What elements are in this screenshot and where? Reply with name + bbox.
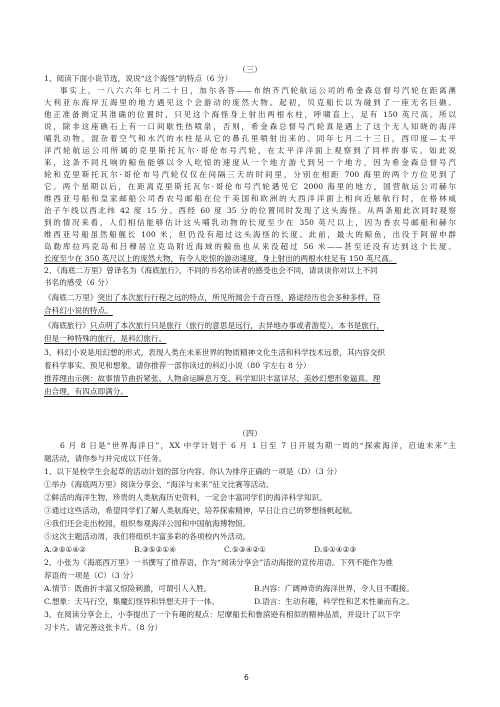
answer-text: 只点明了本次旅行只是旅行（旅行的意思是远行，去异地办事或者游览）。本书是旅行， bbox=[90, 321, 384, 330]
passage-line: 洋汽轮航运公司所属的克里斯托瓦尔·哥伦布号汽轮，在太平洋洋面上观察到了同样的事实… bbox=[44, 145, 456, 157]
s3-q2-answer-1-cont: 合科幻小说的特点。 bbox=[44, 305, 456, 317]
s4-q1-prompt: 1、以下是校学生会起草的活动计划的部分内容。你认为排序正确的一项是（D）（3 分… bbox=[44, 466, 456, 478]
passage-line: 事实上，一八六六年七月二十日，加尔各答——布纳齐汽轮航运公司的希金森总督号汽轮在… bbox=[44, 85, 456, 97]
section-4-title: （四） bbox=[44, 428, 456, 439]
page-number: 6 bbox=[244, 673, 249, 682]
s3-q3-prompt-1: 3、科幻小说是用幻想的形式，表现人类在未来世界的物质精神文化生活和科学技术远景，… bbox=[44, 347, 456, 359]
option-d: D.语言：生动有趣，科学性和艺术性兼而有之。 bbox=[254, 596, 414, 608]
s4-intro-2: 题活动，请你参与并完成以下任务。 bbox=[44, 453, 456, 465]
s4-q1-options: A.③⑤①④②B.③⑤②①④C.⑤③④②①D.⑤①④②③ bbox=[44, 544, 456, 556]
s3-q2-answer-1: 《海底二万里》突出了本次旅行行程之远的特点，所见所闻会千奇百怪，路途经历也会多种… bbox=[44, 292, 456, 304]
s4-intro-1: 6 月 8 日是“世界海洋日”，XX 中学计划于 6 月 1 日至 7 日开展为… bbox=[44, 440, 456, 452]
passage-line: 他正准备测定其准确的位置时，只见这个海怪身上射出两根水柱，呼啸直上，足有 150… bbox=[44, 109, 456, 121]
s4-q2-prompt-2: 荐语的一项是（C）（3 分） bbox=[44, 570, 456, 582]
s4-q3-prompt-1: 3、在阅读分享会上，小李提出了一个有趣的观点：尼摩船长和鲁滨逊有相似的精神品质，… bbox=[44, 609, 456, 621]
s4-q1-item: ①举办《海底两万里》阅读分享会、“海洋与未来”征文比赛等活动。 bbox=[44, 479, 456, 491]
option-c: C.⑤③④②① bbox=[224, 544, 314, 556]
passage-line: 岛勒库拉玛克岛和吕穆居立克岛附近海域的鲸鱼也从来没超过 56 米——甚至还没有达… bbox=[44, 241, 456, 253]
s3-q1-prompt: 1、阅读下面小说节选，说说“这个海怪”的特点（6 分） bbox=[44, 73, 456, 85]
s3-q2-prompt-1: 2、《海底二万里》曾译名为《海底旅行》，不同的书名给读者的感受也会不同，请谈谈你… bbox=[44, 265, 456, 277]
s4-q2-options-row-2: C.想象：天马行空，集魔幻怪异和异想天开于一体。D.语言：生动有趣，科学性和艺术… bbox=[44, 596, 456, 608]
s4-q2-options-row-1: A.情节：既曲折丰富又惊险刺激，可谓引人入胜。B.内容：广阔神奇的海洋世界，令人… bbox=[44, 583, 456, 595]
s4-q1-item: ④我们还会走出校园，组织参观海洋公园和中国航海博物馆。 bbox=[44, 518, 456, 530]
answer-title-1: 《海底二万里》 bbox=[44, 293, 98, 302]
s4-q1-item: ③通过这些活动，希望同学们了解人类航海史，培养探索精神，早日让自己的梦想扬帆起航… bbox=[44, 505, 456, 517]
passage-line: 哺乳动物，混杂着空气和水汽的水柱是从它的鼻孔里喷射出来的。同年七月二十三日，西印… bbox=[44, 133, 456, 145]
option-a: A.情节：既曲折丰富又惊险刺激，可谓引人入胜。 bbox=[44, 583, 254, 595]
s3-q2-answer-2: 《海底旅行》只点明了本次旅行只是旅行（旅行的意思是远行，去异地办事或者游览）。本… bbox=[44, 320, 456, 332]
option-b: B.内容：广阔神奇的海洋世界，令人目不暇接。 bbox=[254, 583, 414, 595]
s3-q3-prompt-2: 着科学事实、预见和想象。请你推荐一部你读过的科幻小说（80 字左右 8 分） bbox=[44, 360, 456, 372]
passage-line: 轮和克里斯托瓦尔·哥伦布号汽轮仅仅在间隔三天的时间里，分别在相距 700 海里的… bbox=[44, 169, 456, 181]
s3-q2-answer-2-cont: 但是一种特殊的旅行，是科幻旅行。 bbox=[44, 333, 456, 345]
answer-text: 突出了本次旅行行程之远的特点，所见所闻会千奇百怪，路途经历也会多种多样，符 bbox=[98, 293, 381, 302]
s4-q2-prompt-1: 2、小张为《海底西万里》一书撰写了推荐语，作为“阅读分享会”活动海报的宣传用语。… bbox=[44, 557, 456, 569]
passage-line: 来，这条不同凡响的鲸鱼能够以令人吃惊的速度从一个地方游弋到另一个地方，因为希金森… bbox=[44, 157, 456, 169]
passage-line: 它。两个星期以后，在距离克里斯托瓦尔·哥伦布号汽轮遇见它 2000 海里的地方，… bbox=[44, 181, 456, 193]
passage-line: 治子午线以西北纬 42 度 15 分、西经 60 度 35 分的位置同时发现了这… bbox=[44, 205, 456, 217]
answer-title-2: 《海底旅行》 bbox=[44, 321, 90, 330]
passage-line: 说，除非这座礁石上有一口间歇性热喷泉，否则，希金森总督号汽轮真是遇上了这个无人知… bbox=[44, 121, 456, 133]
s4-q1-item: ②鲜活的海洋生物，珍贵的人类航海历史资料，一定会丰富同学们的海洋科学知识。 bbox=[44, 492, 456, 504]
passage-line: 维西亚号船虽然船舰长 100 米，但仍没有超过这头海怪的长度。此前，最大的鲸鱼，… bbox=[44, 229, 456, 241]
option-c: C.想象：天马行空，集魔幻怪异和异想天开于一体。 bbox=[44, 596, 254, 608]
option-d: D.⑤①④②③ bbox=[314, 544, 404, 556]
option-b: B.③⑤②①④ bbox=[134, 544, 224, 556]
s3-q3-answer-1: 推荐理由示例：故事情节曲折紧张、人物命运瞬息万变、科学知识丰富详尽、美妙幻想形象… bbox=[44, 373, 456, 385]
s3-q3-answer-2: 由合理，有四点即满分。 bbox=[44, 386, 456, 398]
s4-q3-prompt-2: 习卡片。请完善这张卡片。（8 分） bbox=[44, 622, 456, 634]
s4-q1-item: ⑤这次主题活动周，我们将组织丰富多彩的各项校内外活动。 bbox=[44, 531, 456, 543]
s3-q2-prompt-2: 书名的感受（6 分） bbox=[44, 277, 456, 289]
option-a: A.③⑤①④② bbox=[44, 544, 134, 556]
passage-line: 维西亚号船和皇家邮船公司香农号邮船在位于美国和欧洲的大西洋洋面上相向近舷航行时，… bbox=[44, 193, 456, 205]
s3-q1-answer: 长度至少在 350 英尺以上的庞然大物，有令人吃惊的游动速度，身上射出的两根水柱… bbox=[44, 253, 456, 265]
passage-line: 大利亚东海岸五海里的地方遇见这个会游动的庞然大物。起初，贝克船长以为碰到了一座无… bbox=[44, 97, 456, 109]
passage-line: 到的情况来看，人们相信能够估计这头哺乳动物的长度至少在 350 英尺以上，因为香… bbox=[44, 217, 456, 229]
